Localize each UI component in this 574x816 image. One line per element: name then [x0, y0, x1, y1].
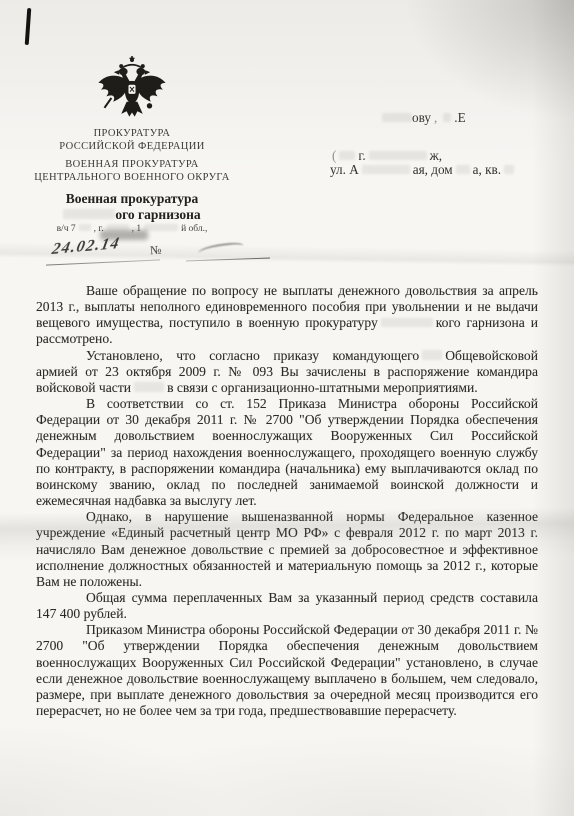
paragraph-text: Установлено, что согласно приказу команд…: [86, 348, 419, 363]
redacted-text: [504, 165, 514, 175]
address-fragment: г.: [358, 148, 365, 163]
scanned-letter-page: ПРОКУРАТУРА РОССИЙСКОЙ ФЕДЕРАЦИИ ВОЕННАЯ…: [0, 0, 574, 816]
address-fragment: ая, дом: [413, 162, 453, 177]
redacted-text: [362, 165, 410, 175]
double-headed-eagle-icon: [91, 56, 173, 126]
paragraph-text: в связи с организационно-штатными меропр…: [167, 380, 478, 395]
number-underline: [186, 258, 270, 262]
redacted-text: [134, 382, 164, 392]
number-sign: №: [150, 243, 162, 259]
unit-fragment: й обл.,: [181, 224, 207, 234]
redacted-text: [63, 209, 115, 219]
org-name-line2: РОССИЙСКОЙ ФЕДЕРАЦИИ: [26, 141, 238, 154]
redacted-text: [79, 224, 91, 231]
department-name-line2: ого гарнизона: [26, 207, 238, 223]
garrison-name-fragment: ого гарнизона: [115, 207, 200, 222]
date-underline: [46, 259, 160, 265]
redacted-text: [144, 224, 178, 231]
body-paragraph-5: Общая сумма переплаченных Вам за указанн…: [36, 590, 538, 622]
unit-fragment: в/ч 7: [57, 224, 76, 234]
letter-body: Ваше обращение по вопросу не выплаты ден…: [36, 283, 538, 719]
department-name-line1: Военная прокуратура: [26, 191, 238, 207]
redacted-text: [369, 151, 427, 161]
address-fragment: ул. А: [330, 162, 359, 177]
body-paragraph-3: В соответствии со ст. 152 Приказа Минист…: [36, 396, 538, 509]
redacted-text: [381, 318, 433, 328]
handwritten-date: 24.02.14: [50, 235, 121, 259]
recipient-name: ову,.Е: [382, 110, 466, 126]
reference-line: 24.02.14 №: [46, 236, 296, 272]
recipient-address-line2: ул. Аая, дома, кв.: [330, 162, 517, 178]
faint-mark: ,: [434, 110, 437, 125]
letterhead-block: ПРОКУРАТУРА РОССИЙСКОЙ ФЕДЕРАЦИИ ВОЕННАЯ…: [26, 56, 238, 234]
body-paragraph-4: Однако, в нарушение вышеназванной нормы …: [36, 509, 538, 590]
redacted-text: [422, 350, 442, 360]
body-paragraph-6: Приказом Министра обороны Российской Фед…: [36, 622, 538, 719]
address-fragment: а, кв.: [473, 162, 501, 177]
handwritten-number-scribble: [197, 241, 244, 259]
org-name-line4: ЦЕНТРАЛЬНОГО ВОЕННОГО ОКРУГА: [26, 172, 238, 185]
body-paragraph-2: Установлено, что согласно приказу команд…: [36, 348, 538, 396]
redacted-text: [456, 165, 470, 175]
pen-mark: [25, 8, 31, 45]
org-name-line3: ВОЕННАЯ ПРОКУРАТУРА: [26, 159, 238, 172]
recipient-name-fragment: ову: [412, 110, 431, 125]
redacted-text: [382, 113, 412, 123]
address-fragment: ж,: [430, 148, 442, 163]
body-paragraph-1: Ваше обращение по вопросу не выплаты ден…: [36, 283, 538, 348]
faint-mark: (: [332, 148, 336, 163]
redacted-text: [339, 151, 355, 161]
recipient-initial-fragment: .Е: [454, 110, 465, 125]
redacted-text: [443, 113, 451, 123]
org-name-line1: ПРОКУРАТУРА: [26, 128, 238, 141]
